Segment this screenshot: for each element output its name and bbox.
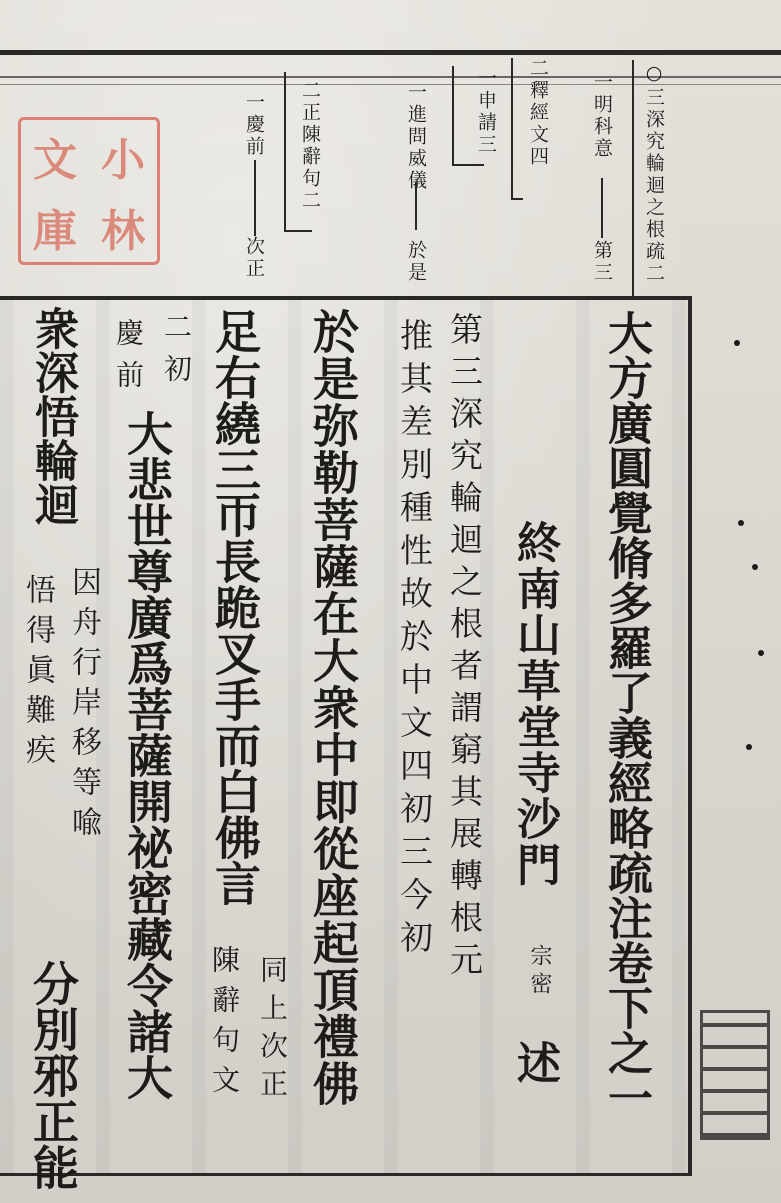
outline-connector (415, 182, 417, 230)
seal-char: 林 (101, 195, 145, 259)
outline-rule (632, 60, 634, 296)
woodblock-page: 文 小 庫 林 ○三深究輪迴之根疏二 一明科意 第三 二釋經文四 一申請三 一進… (0, 0, 781, 1203)
sutra-text-line: 分別邪正能 (30, 960, 76, 1190)
outline-item: 第三 (592, 240, 611, 284)
commentary-left-line: 推其差別種性故於中文四初三今初 (398, 318, 431, 963)
outline-item: 二正陳辭句二 (300, 80, 319, 212)
sutra-text-line: 大悲世尊廣爲菩薩開祕密藏令諸大 (124, 410, 170, 1100)
outline-item: 次正 (244, 236, 263, 280)
seal-char: 文 (33, 124, 77, 188)
sutra-text-line: 於是弥勒菩薩在大衆中即從座起頂禮佛 (310, 308, 356, 1107)
outline-item: 一申請三 (476, 68, 495, 156)
commentary-note-left: 陳辭句文 (210, 945, 238, 1105)
top-border-rule (0, 50, 781, 55)
outline-connector (254, 160, 256, 236)
sutra-text-line: 衆深悟輪迴 (30, 306, 74, 526)
commentary-note-right: 同上次正 (258, 955, 286, 1107)
commentary-note-right: 因舟行岸移等喩 (68, 566, 98, 846)
outline-item: 一明科意 (592, 72, 611, 160)
commentary-note-right: 二初 (162, 312, 190, 396)
author-name: 宗密 (528, 944, 550, 1000)
ink-speck (734, 340, 740, 346)
ink-speck (758, 650, 764, 656)
seal-char: 小 (101, 124, 145, 188)
ink-speck (746, 744, 752, 750)
commentary-note-left: 慶前 (114, 318, 142, 402)
author-verb: 述 (512, 1040, 556, 1084)
red-collector-seal: 文 小 庫 林 (18, 117, 160, 265)
commentary-note-left: 悟得眞難疾 (22, 574, 52, 774)
outline-bracket (511, 58, 523, 200)
outline-connector (601, 178, 603, 238)
outline-item: 一慶前 (244, 92, 263, 158)
commentary-right-line: 第三深究輪迴之根者謂窮其展轉根元 (448, 312, 481, 984)
fret-pattern-mark (700, 1010, 770, 1140)
outline-item: 二釋經文四 (528, 58, 547, 168)
ink-speck (752, 564, 758, 570)
outline-item: 一進問威儀 (406, 82, 425, 192)
sutra-title: 大方廣圓覺脩多羅了義經略疏注卷下之一 (604, 310, 649, 1120)
seal-char: 庫 (33, 195, 77, 259)
sutra-text-line: 足右繞三帀長跪叉手而白佛言 (212, 308, 258, 906)
outline-heading: ○三深究輪迴之根疏二 (644, 62, 663, 285)
outline-item: 於是 (406, 240, 425, 284)
ink-speck (738, 520, 744, 526)
author-line: 終南山草堂寺沙門 (512, 520, 556, 888)
